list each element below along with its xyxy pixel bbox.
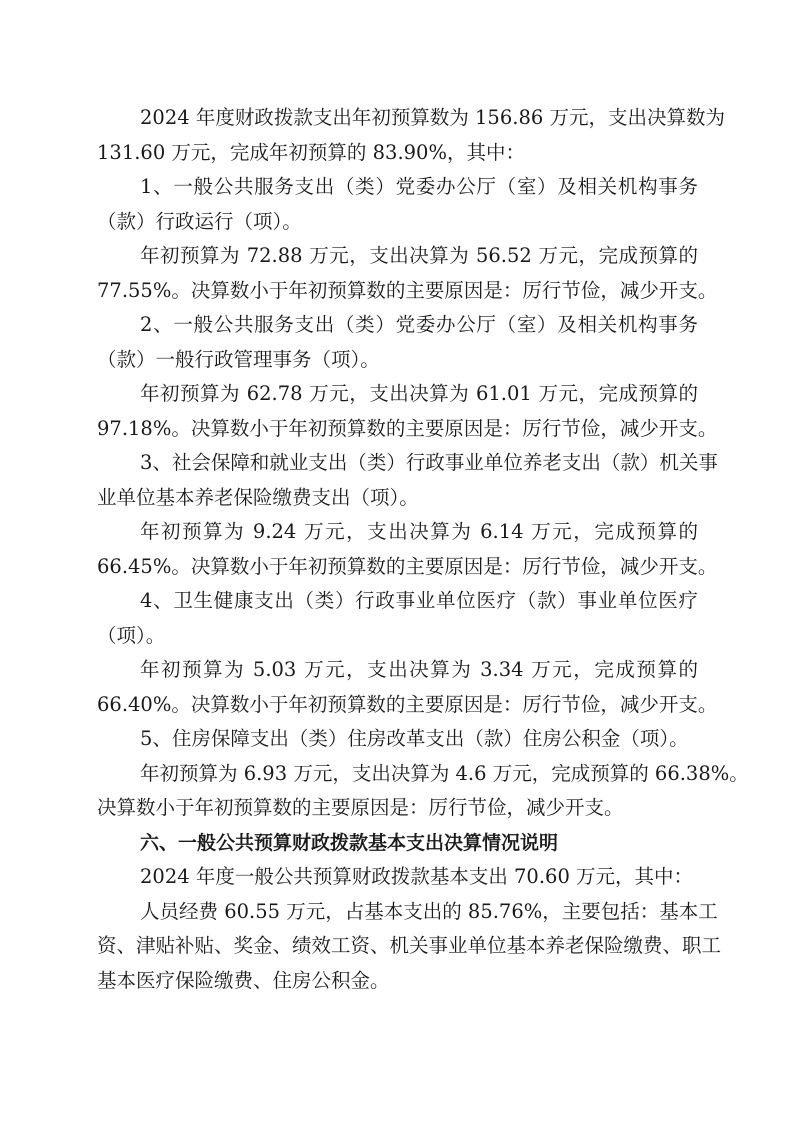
item2-body-line-2: 97.18%。决算数小于年初预算数的主要原因是：厉行节俭，减少开支。 — [97, 412, 698, 447]
item1-body-line-2: 77.55%。决算数小于年初预算数的主要原因是：厉行节俭，减少开支。 — [97, 274, 698, 309]
personnel-line-1: 人员经费 60.55 万元，占基本支出的 85.76%，主要包括：基本工 — [97, 895, 698, 930]
item4-body-line-2: 66.40%。决算数小于年初预算数的主要原因是：厉行节俭，减少开支。 — [97, 688, 698, 723]
document-page: 2024 年度财政拨款支出年初预算数为 156.86 万元，支出决算数为 131… — [97, 101, 698, 998]
item1-title-line-1: 1、一般公共服务支出（类）党委办公厅（室）及相关机构事务 — [97, 170, 698, 205]
paragraph-intro-line-1: 2024 年度财政拨款支出年初预算数为 156.86 万元，支出决算数为 — [97, 101, 698, 136]
personnel-line-3: 基本医疗保险缴费、住房公积金。 — [97, 964, 698, 999]
item4-body-line-1: 年初预算为 5.03 万元，支出决算为 3.34 万元，完成预算的 — [97, 653, 698, 688]
item1-title-line-2: （款）行政运行（项）。 — [97, 205, 698, 240]
item5-body-line-1: 年初预算为 6.93 万元，支出决算为 4.6 万元，完成预算的 66.38%。 — [97, 757, 698, 792]
item5-body-line-2: 决算数小于年初预算数的主要原因是：厉行节俭，减少开支。 — [97, 791, 698, 826]
paragraph-intro-line-2: 131.60 万元，完成年初预算的 83.90%，其中： — [97, 136, 698, 171]
item3-title-line-2: 业单位基本养老保险缴费支出（项）。 — [97, 481, 698, 516]
item2-title-line-2: （款）一般行政管理事务（项）。 — [97, 343, 698, 378]
item3-body-line-2: 66.45%。决算数小于年初预算数的主要原因是：厉行节俭，减少开支。 — [97, 550, 698, 585]
item4-title-line-1: 4、卫生健康支出（类）行政事业单位医疗（款）事业单位医疗 — [97, 584, 698, 619]
item4-title-line-2: （项）。 — [97, 619, 698, 654]
section-heading: 六、一般公共预算财政拨款基本支出决算情况说明 — [97, 826, 698, 861]
item1-body-line-1: 年初预算为 72.88 万元，支出决算为 56.52 万元，完成预算的 — [97, 239, 698, 274]
item2-title-line-1: 2、一般公共服务支出（类）党委办公厅（室）及相关机构事务 — [97, 308, 698, 343]
item5-title-line-1: 5、住房保障支出（类）住房改革支出（款）住房公积金（项）。 — [97, 722, 698, 757]
item3-title-line-1: 3、社会保障和就业支出（类）行政事业单位养老支出（款）机关事 — [97, 446, 698, 481]
item3-body-line-1: 年初预算为 9.24 万元，支出决算为 6.14 万元，完成预算的 — [97, 515, 698, 550]
basic-total-line-1: 2024 年度一般公共预算财政拨款基本支出 70.60 万元，其中： — [97, 860, 698, 895]
personnel-line-2: 资、津贴补贴、奖金、绩效工资、机关事业单位基本养老保险缴费、职工 — [97, 929, 698, 964]
item2-body-line-1: 年初预算为 62.78 万元，支出决算为 61.01 万元，完成预算的 — [97, 377, 698, 412]
